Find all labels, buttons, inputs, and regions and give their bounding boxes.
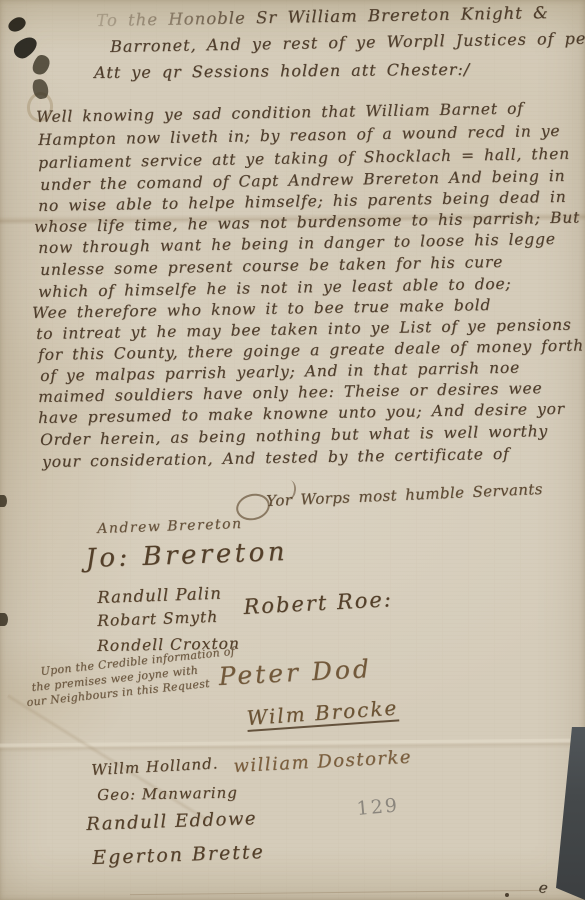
address-line-2: Barronet, And ye rest of ye Worpll Justi… bbox=[110, 30, 585, 55]
ink-blot bbox=[28, 52, 53, 78]
signature-randull-eddowe: Randull Eddowe bbox=[86, 810, 257, 834]
bottom-crease-line bbox=[130, 890, 540, 895]
fold-crease-lower bbox=[0, 738, 585, 752]
signature-jo-brereton: Jo: Brereton bbox=[85, 539, 288, 572]
petition-body-line: Hampton now liveth in; by reason of a wo… bbox=[38, 124, 560, 149]
archival-folio-number: 129 bbox=[356, 796, 400, 819]
edge-mark bbox=[0, 613, 8, 626]
petition-body-line: your consideration, And tested by the ce… bbox=[42, 447, 510, 471]
ink-blot bbox=[10, 33, 40, 61]
signature-randull-palin: Randull Palin bbox=[97, 586, 222, 607]
signature-willm-holland: Willm Holland. bbox=[91, 756, 219, 778]
signature-peter-dod: Peter Dod bbox=[218, 656, 372, 689]
stray-ink-mark: e bbox=[538, 880, 549, 896]
signature-egerton-brette: Egerton Brette bbox=[92, 843, 265, 868]
manuscript-page: To the Honoble Sr William Brereton Knigh… bbox=[0, 0, 585, 900]
signature-andrew-brereton: Andrew Brereton bbox=[97, 517, 243, 536]
address-line-1: To the Honoble Sr William Brereton Knigh… bbox=[96, 5, 549, 29]
edge-mark bbox=[0, 495, 7, 507]
closing-salutation: Yor Worps most humble Servants bbox=[266, 482, 543, 509]
petition-body-line: Well knowing ye sad condition that Willi… bbox=[36, 101, 524, 125]
signature-robert-roe: Robert Roe: bbox=[243, 589, 393, 618]
scanner-backdrop bbox=[556, 727, 585, 900]
signature-william-dostorke: william Dostorke bbox=[233, 749, 412, 776]
signature-robart-smyth: Robart Smyth bbox=[97, 610, 218, 630]
address-line-3: Att ye qr Sessions holden att Chester:/ bbox=[94, 62, 470, 81]
ink-dot bbox=[505, 893, 509, 897]
signature-wilm-brocke: Wilm Brocke bbox=[246, 697, 399, 732]
petition-body-line: unlesse some present course be taken for… bbox=[40, 255, 503, 279]
signature-geo-manwaring: Geo: Manwaring bbox=[97, 786, 238, 803]
ink-blot bbox=[6, 15, 28, 34]
